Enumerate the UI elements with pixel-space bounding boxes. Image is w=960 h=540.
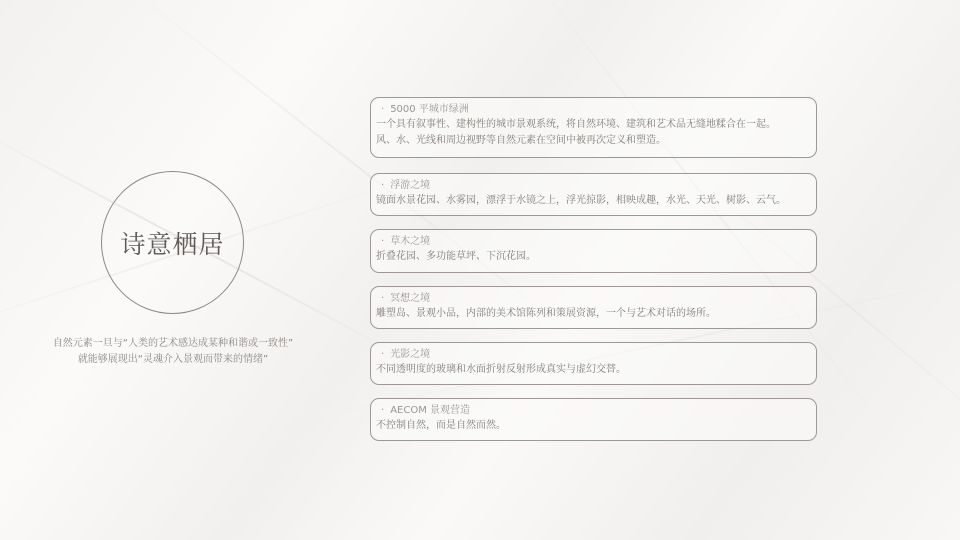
bullet-icon: · [381, 236, 384, 247]
card-body: 一个具有叙事性、建构性的城市景观系统，将自然环境、建筑和艺术品无缝地糅合在一起。 [376, 117, 810, 133]
hero-circle: 诗意栖居 [101, 171, 244, 314]
feature-card-light-shadow: ·光影之境 不同透明度的玻璃和水面折射反射形成真实与虚幻交替。 [370, 342, 817, 385]
card-body: 雕塑岛、景观小品，内部的美术馆陈列和策展资源，一个与艺术对话的场所。 [376, 306, 810, 322]
card-body: 风、水、光线和周边视野等自然元素在空间中被再次定义和塑造。 [376, 133, 810, 149]
hero-title: 诗意栖居 [120, 225, 224, 261]
feature-card-floating: ·浮游之境 镜面水景花园、水雾园，漂浮于水镜之上，浮光掠影，相映成趣，水光、天光… [370, 173, 817, 216]
card-title: ·5000 平城市绿洲 [377, 102, 810, 117]
hero-quote-line: 就能够展现出“灵魂介入景观而带来的情绪” [20, 352, 326, 368]
feature-card-urban-oasis: ·5000 平城市绿洲 一个具有叙事性、建构性的城市景观系统，将自然环境、建筑和… [370, 97, 817, 158]
card-title: ·AECOM 景观营造 [377, 403, 810, 418]
hero-quote: 自然元素一旦与“人类的艺术感达成某种和谐或一致性” 就能够展现出“灵魂介入景观而… [20, 336, 326, 368]
card-title: ·冥想之境 [377, 291, 810, 306]
card-body: 镜面水景花园、水雾园，漂浮于水镜之上，浮光掠影，相映成趣，水光、天光、树影、云气… [376, 193, 810, 209]
card-title: ·草木之境 [377, 234, 810, 249]
bullet-icon: · [381, 293, 384, 304]
card-title-text: 浮游之境 [390, 180, 430, 191]
card-title-text: 草木之境 [390, 236, 430, 247]
feature-card-meditation: ·冥想之境 雕塑岛、景观小品，内部的美术馆陈列和策展资源，一个与艺术对话的场所。 [370, 286, 817, 329]
card-body: 不同透明度的玻璃和水面折射反射形成真实与虚幻交替。 [376, 362, 810, 378]
bullet-icon: · [381, 405, 384, 416]
feature-card-aecom: ·AECOM 景观营造 不控制自然，而是自然而然。 [370, 398, 817, 441]
card-title: ·浮游之境 [377, 178, 810, 193]
slide: 诗意栖居 自然元素一旦与“人类的艺术感达成某种和谐或一致性” 就能够展现出“灵魂… [0, 0, 960, 540]
feature-card-plants: ·草木之境 折叠花园、多功能草坪、下沉花园。 [370, 229, 817, 273]
card-body: 折叠花园、多功能草坪、下沉花园。 [376, 249, 810, 265]
card-title-text: 光影之境 [390, 349, 430, 360]
card-title-text: 冥想之境 [390, 293, 430, 304]
card-title-text: 5000 平城市绿洲 [390, 104, 469, 115]
card-title-text: AECOM 景观营造 [390, 405, 470, 416]
hero-quote-line: 自然元素一旦与“人类的艺术感达成某种和谐或一致性” [20, 336, 326, 352]
card-body: 不控制自然，而是自然而然。 [376, 418, 810, 434]
bullet-icon: · [381, 180, 384, 191]
bullet-icon: · [381, 104, 384, 115]
bullet-icon: · [381, 349, 384, 360]
card-title: ·光影之境 [377, 347, 810, 362]
